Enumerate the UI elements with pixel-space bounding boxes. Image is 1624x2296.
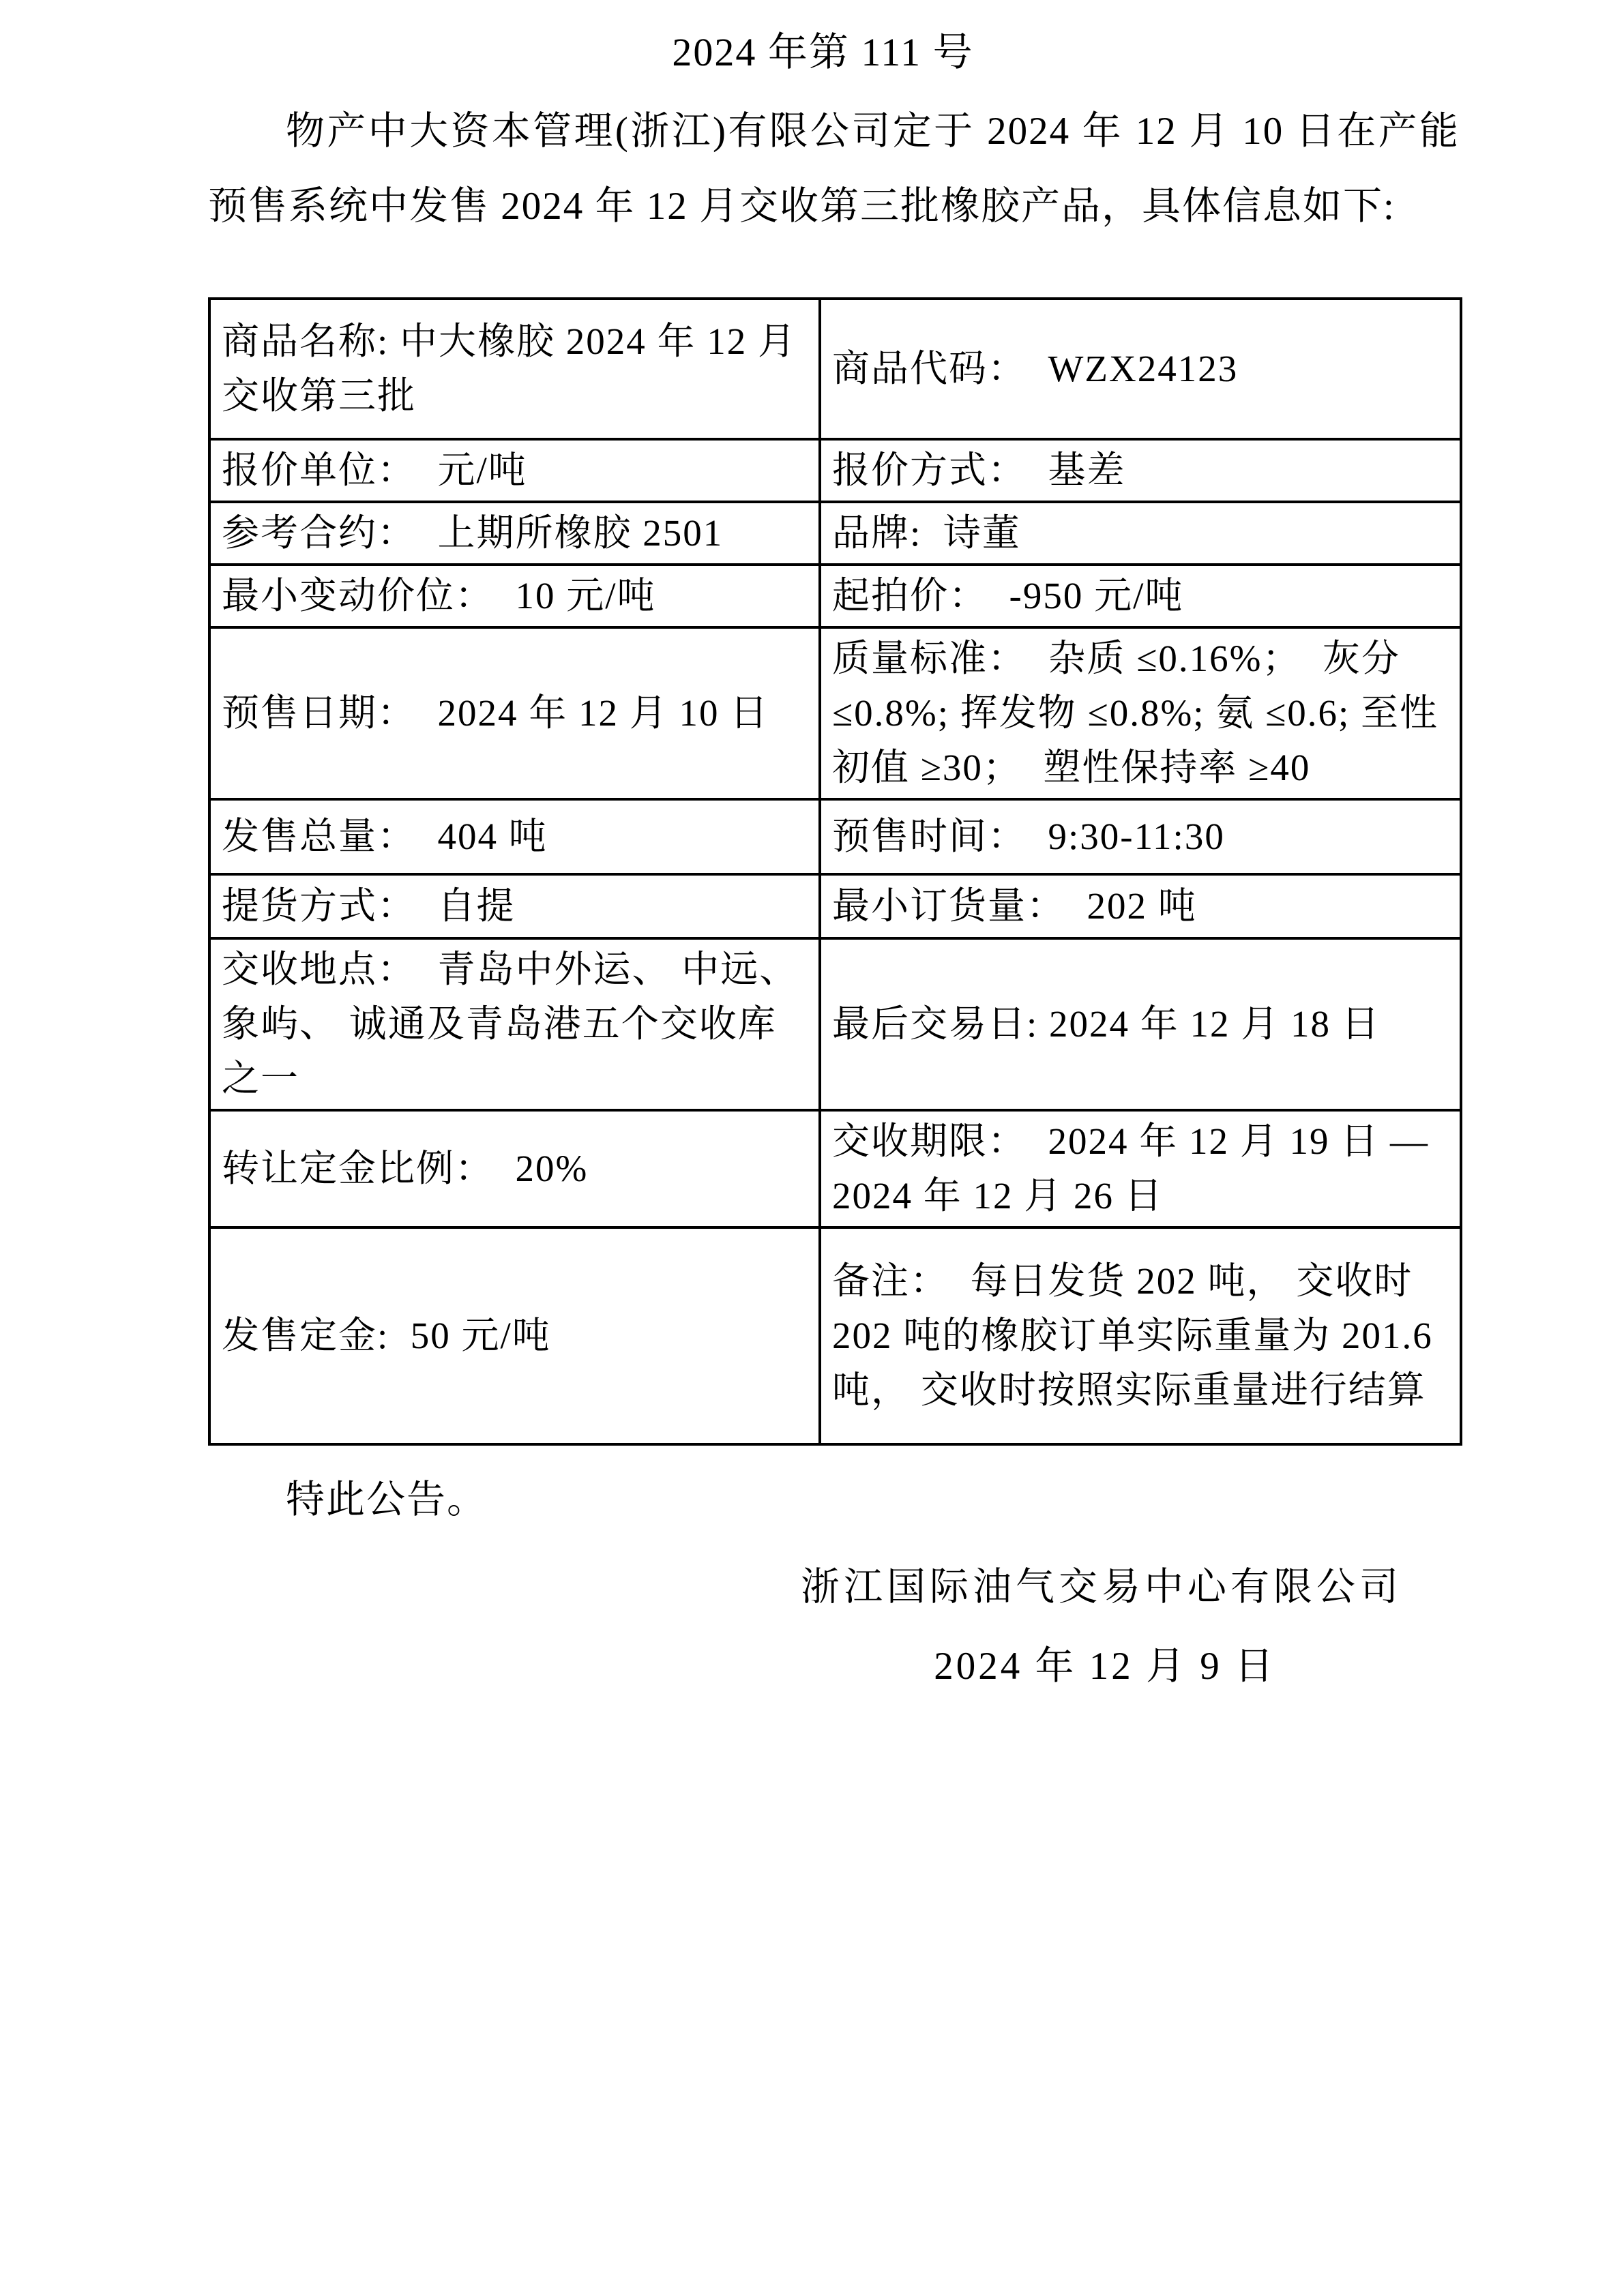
cell-presale-date: 预售日期： 2024 年 12 月 10 日: [209, 627, 820, 799]
cell-delivery-period: 交收期限： 2024 年 12 月 19 日 —2024 年 12 月 26 日: [820, 1110, 1461, 1227]
table-row: 参考合约： 上期所橡胶 2501 品牌: 诗董: [209, 502, 1461, 565]
issue-number: 2024 年第 111 号: [186, 15, 1460, 90]
cell-last-trading-day: 最后交易日: 2024 年 12 月 18 日: [820, 938, 1461, 1110]
table-row: 发售总量： 404 吨 预售时间： 9:30-11:30: [209, 799, 1461, 874]
cell-min-tick: 最小变动价位： 10 元/吨: [209, 565, 820, 627]
cell-total-volume: 发售总量： 404 吨: [209, 799, 820, 874]
document-page: 2024 年第 111 号 物产中大资本管理(浙江)有限公司定于 2024 年 …: [0, 0, 1624, 2296]
issuer-name: 浙江国际油气交易中心有限公司: [208, 1560, 1460, 1615]
closing-statement: 特此公告。: [208, 1473, 1460, 1527]
cell-brand: 品牌: 诗董: [820, 502, 1461, 565]
cell-remarks: 备注： 每日发货 202 吨， 交收时 202 吨的橡胶订单实际重量为 201.…: [820, 1227, 1461, 1444]
issue-date: 2024 年 12 月 9 日: [208, 1639, 1460, 1694]
cell-delivery-location: 交收地点： 青岛中外运、 中远、 象屿、 诚通及青岛港五个交收库之一: [209, 938, 820, 1110]
cell-starting-price: 起拍价： -950 元/吨: [820, 565, 1461, 627]
cell-pickup-method: 提货方式： 自提: [209, 874, 820, 938]
intro-paragraph: 物产中大资本管理(浙江)有限公司定于 2024 年 12 月 10 日在产能预售…: [208, 94, 1460, 244]
cell-product-name: 商品名称: 中大橡胶 2024 年 12 月交收第三批: [209, 299, 820, 439]
cell-quote-method: 报价方式： 基差: [820, 439, 1461, 502]
product-info-table: 商品名称: 中大橡胶 2024 年 12 月交收第三批 商品代码： WZX241…: [208, 297, 1462, 1446]
cell-quote-unit: 报价单位： 元/吨: [209, 439, 820, 502]
table-row: 报价单位： 元/吨 报价方式： 基差: [209, 439, 1461, 502]
cell-product-code: 商品代码： WZX24123: [820, 299, 1461, 439]
cell-transfer-deposit-ratio: 转让定金比例： 20%: [209, 1110, 820, 1227]
table-row: 商品名称: 中大橡胶 2024 年 12 月交收第三批 商品代码： WZX241…: [209, 299, 1461, 439]
table-row: 转让定金比例： 20% 交收期限： 2024 年 12 月 19 日 —2024…: [209, 1110, 1461, 1227]
table-row: 预售日期： 2024 年 12 月 10 日 质量标准： 杂质 ≤0.16%； …: [209, 627, 1461, 799]
cell-reference-contract: 参考合约： 上期所橡胶 2501: [209, 502, 820, 565]
cell-quality-standard: 质量标准： 杂质 ≤0.16%； 灰分 ≤0.8%; 挥发物 ≤0.8%; 氨 …: [820, 627, 1461, 799]
cell-sale-deposit: 发售定金: 50 元/吨: [209, 1227, 820, 1444]
table-row: 发售定金: 50 元/吨 备注： 每日发货 202 吨， 交收时 202 吨的橡…: [209, 1227, 1461, 1444]
cell-presale-time: 预售时间： 9:30-11:30: [820, 799, 1461, 874]
table-row: 交收地点： 青岛中外运、 中远、 象屿、 诚通及青岛港五个交收库之一 最后交易日…: [209, 938, 1461, 1110]
cell-min-order-quantity: 最小订货量： 202 吨: [820, 874, 1461, 938]
table-row: 提货方式： 自提 最小订货量： 202 吨: [209, 874, 1461, 938]
table-row: 最小变动价位： 10 元/吨 起拍价： -950 元/吨: [209, 565, 1461, 627]
